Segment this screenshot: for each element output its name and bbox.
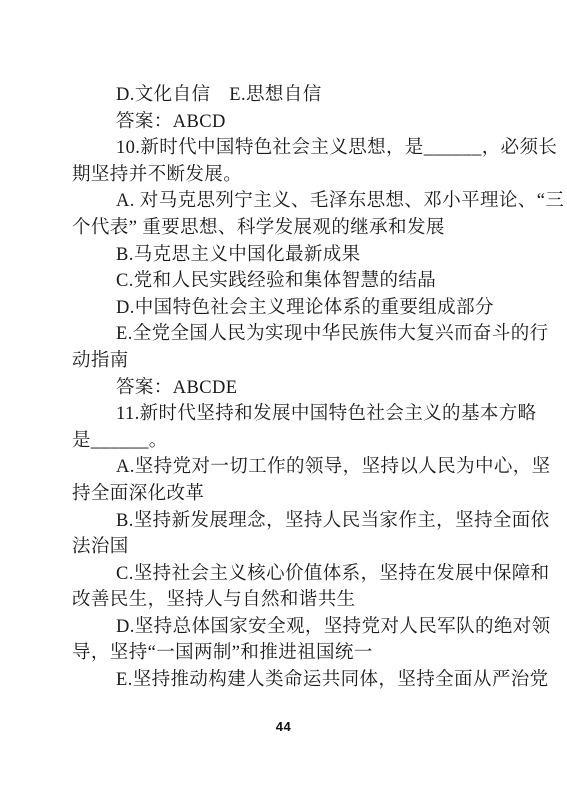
q10-option-b-line: B.马克思主义中国化最新成果 [72, 242, 512, 269]
q11-option-b-line: B.坚持新发展理念，坚持人民当家作主，坚持全面依 [72, 508, 512, 535]
q11-option-c-line: C.坚持社会主义核心价值体系，坚持在发展中保障和 [72, 561, 512, 588]
q10-option-a-line: 个代表” 重要思想、科学发展观的继承和发展 [72, 215, 512, 242]
q9-answer-line: 答案：ABCD [72, 109, 512, 136]
page-footer: 44 [0, 718, 567, 736]
page-number: 44 [276, 719, 291, 734]
q11-option-d-line: 导，坚持“一国两制”和推进祖国统一 [72, 640, 512, 667]
q11-option-e-line: E.坚持推动构建人类命运共同体，坚持全面从严治党 [72, 667, 512, 694]
q10-answer-line: 答案：ABCDE [72, 375, 512, 402]
q10-stem-line: 期坚持并不断发展。 [72, 162, 512, 189]
q10-option-c-line: C.党和人民实践经验和集体智慧的结晶 [72, 268, 512, 295]
q10-stem-line: 10.新时代中国特色社会主义思想，是______，必须长 [72, 135, 512, 162]
q11-option-c-line: 改善民生，坚持人与自然和谐共生 [72, 587, 512, 614]
document-page: D.文化自信 E.思想自信 答案：ABCD 10.新时代中国特色社会主义思想，是… [0, 0, 567, 793]
q10-option-a-line: A. 对马克思列宁主义、毛泽东思想、邓小平理论、“三 [72, 188, 512, 215]
q10-option-e-line: E.全党全国人民为实现中华民族伟大复兴而奋斗的行 [72, 321, 512, 348]
q11-option-b-line: 法治国 [72, 534, 512, 561]
q11-option-a-line: A.坚持党对一切工作的领导，坚持以人民为中心，坚 [72, 454, 512, 481]
page-body-text: D.文化自信 E.思想自信 答案：ABCD 10.新时代中国特色社会主义思想，是… [72, 82, 512, 694]
q10-option-e-line: 动指南 [72, 348, 512, 375]
q11-stem-line: 11.新时代坚持和发展中国特色社会主义的基本方略 [72, 401, 512, 428]
q11-stem-line: 是______。 [72, 428, 512, 455]
q9-options-line: D.文化自信 E.思想自信 [72, 82, 512, 109]
q10-option-d-line: D.中国特色社会主义理论体系的重要组成部分 [72, 295, 512, 322]
q11-option-a-line: 持全面深化改革 [72, 481, 512, 508]
q11-option-d-line: D.坚持总体国家安全观，坚持党对人民军队的绝对领 [72, 614, 512, 641]
